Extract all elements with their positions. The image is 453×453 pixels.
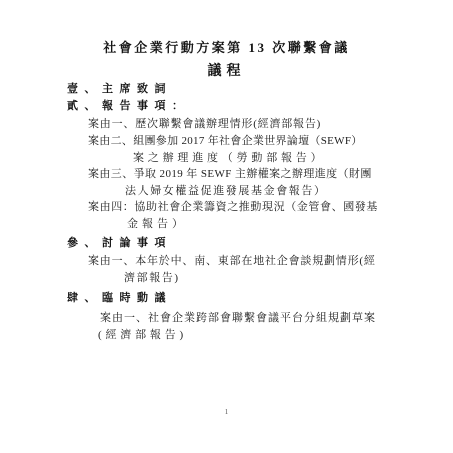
agenda-item-continuation: (經濟部報告)	[98, 329, 187, 342]
section-heading-3: 參、討論事項	[67, 237, 172, 250]
agenda-item-line: 案由一、社會企業跨部會聯繫會議平台分組規劃草案	[100, 312, 376, 325]
agenda-item-line: 案由二、組團參加 2017 年社會企業世界論壇（SEWF）	[88, 135, 363, 148]
document-title: 社會企業行動方案第 13 次聯繫會議	[0, 37, 453, 56]
agenda-item-line: 案由三、爭取 2019 年 SEWF 主辦權案之辦理進度（財團	[88, 168, 372, 181]
document-subtitle: 議程	[0, 60, 453, 80]
section-heading-1: 壹、主席致詞	[67, 83, 172, 96]
agenda-item-line: 案由一、本年於中、南、東部在地社企會談規劃情形(經	[88, 255, 376, 268]
agenda-page: 社會企業行動方案第 13 次聯繫會議 議程 壹、主席致詞 貳、報告事項： 案由一…	[0, 0, 453, 453]
section-heading-2: 貳、報告事項：	[67, 100, 190, 113]
agenda-item-continuation: 金報告）	[127, 218, 187, 231]
agenda-item-continuation: 案之辦理進度（勞動部報告）	[133, 152, 325, 165]
agenda-item-continuation: 法人婦女權益促進發展基金會報告）	[125, 185, 327, 198]
agenda-item-line: 案由四：協助社會企業籌資之推動現況（金管會、國發基	[88, 201, 378, 214]
page-number: 1	[0, 408, 453, 416]
section-heading-4: 肆、臨時動議	[67, 292, 172, 305]
agenda-item-line: 案由一、歷次聯繫會議辦理情形(經濟部報告)	[88, 118, 321, 131]
agenda-item-continuation: 濟部報告)	[124, 272, 180, 285]
